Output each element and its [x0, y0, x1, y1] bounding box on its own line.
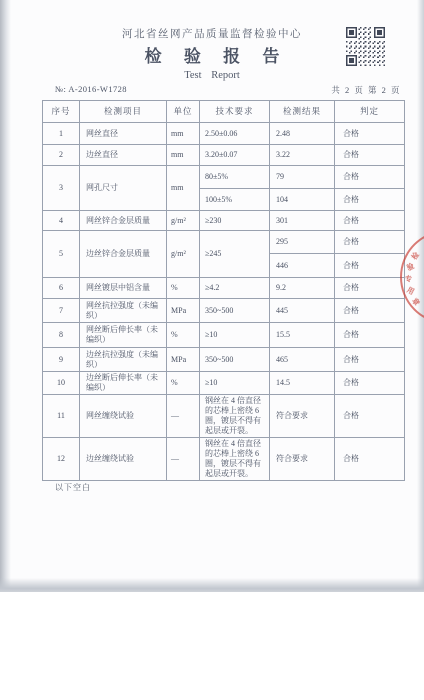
test-results-table: 序号检测项目单位技术要求检测结果判定 1网丝直径mm2.50±0.062.48合… [42, 100, 405, 481]
cell-no: 4 [43, 211, 80, 231]
cell-ver: 合格 [335, 299, 405, 323]
cell-res: 2.48 [270, 123, 335, 145]
cell-unit: MPa [167, 348, 200, 372]
cell-ver: 合格 [335, 348, 405, 372]
cell-res: 301 [270, 211, 335, 231]
cell-unit: MPa [167, 299, 200, 323]
cell-unit: mm [167, 166, 200, 211]
column-header: 检测项目 [80, 101, 167, 123]
cell-req: 3.20±0.07 [200, 145, 270, 166]
cell-item: 边丝直径 [80, 145, 167, 166]
column-header: 技术要求 [200, 101, 270, 123]
cell-ver: 合格 [335, 211, 405, 231]
cell-req: ≥10 [200, 323, 270, 348]
table-row: 6网丝镀层中铝含量%≥4.29.2合格 [43, 278, 405, 299]
cell-res: 465 [270, 348, 335, 372]
cell-ver: 合格 [335, 145, 405, 166]
table-row: 8网丝断后伸长率（未编织）%≥1015.5合格 [43, 323, 405, 348]
cell-item: 边丝断后伸长率（未编织） [80, 372, 167, 395]
table-row: 3网孔尺寸mm80±5%79合格 [43, 166, 405, 189]
qr-code-icon [346, 27, 385, 66]
cell-res: 104 [270, 189, 335, 211]
cell-res: 3.22 [270, 145, 335, 166]
table-row: 7网丝抗拉强度（未编织）MPa350~500445合格 [43, 299, 405, 323]
cell-ver: 合格 [335, 123, 405, 145]
table-row: 5边丝锌合金层质量g/m²≥245295合格 [43, 231, 405, 254]
cell-res: 79 [270, 166, 335, 189]
page-count-label: 共 2 页 第 2 页 [331, 84, 401, 96]
cell-req: ≥245 [200, 231, 270, 278]
column-header: 检测结果 [270, 101, 335, 123]
cell-item: 网丝抗拉强度（未编织） [80, 299, 167, 323]
cell-res: 符合要求 [270, 395, 335, 438]
cell-unit: — [167, 395, 200, 438]
cell-req: ≥4.2 [200, 278, 270, 299]
cell-res: 445 [270, 299, 335, 323]
cell-unit: % [167, 278, 200, 299]
table-body: 1网丝直径mm2.50±0.062.48合格2边丝直径mm3.20±0.073.… [43, 123, 405, 481]
cell-unit: g/m² [167, 211, 200, 231]
cell-no: 8 [43, 323, 80, 348]
cell-ver: 合格 [335, 254, 405, 278]
blank-below-note: 以下空白 [55, 482, 91, 493]
scanned-page: 河北省丝网产品质量监督检验中心 检 验 报 告 Test Report №: A… [0, 0, 424, 592]
column-header: 序号 [43, 101, 80, 123]
cell-no: 12 [43, 438, 80, 481]
screenshot-canvas: 河北省丝网产品质量监督检验中心 检 验 报 告 Test Report №: A… [0, 0, 424, 700]
cell-unit: % [167, 323, 200, 348]
cell-item: 网丝镀层中铝含量 [80, 278, 167, 299]
cell-ver: 合格 [335, 189, 405, 211]
cell-req: ≥10 [200, 372, 270, 395]
scan-shadow-left [0, 0, 11, 592]
cell-res: 295 [270, 231, 335, 254]
column-header: 判定 [335, 101, 405, 123]
cell-req: 80±5% [200, 166, 270, 189]
cell-unit: g/m² [167, 231, 200, 278]
report-number: №: A-2016-W1728 [55, 84, 127, 94]
cell-req: 350~500 [200, 348, 270, 372]
cell-no: 1 [43, 123, 80, 145]
cell-unit: % [167, 372, 200, 395]
cell-res: 符合要求 [270, 438, 335, 481]
cell-req: 2.50±0.06 [200, 123, 270, 145]
cell-item: 网丝缠绕试验 [80, 395, 167, 438]
cell-no: 2 [43, 145, 80, 166]
cell-res: 446 [270, 254, 335, 278]
cell-item: 边丝锌合金层质量 [80, 231, 167, 278]
seal-character: 专 [405, 274, 412, 284]
cell-ver: 合格 [335, 231, 405, 254]
cell-item: 网丝锌合金层质量 [80, 211, 167, 231]
cell-ver: 合格 [335, 323, 405, 348]
cell-res: 9.2 [270, 278, 335, 299]
cell-unit: mm [167, 123, 200, 145]
cell-ver: 合格 [335, 278, 405, 299]
table-row: 10边丝断后伸长率（未编织）%≥1014.5合格 [43, 372, 405, 395]
cell-res: 14.5 [270, 372, 335, 395]
page-subtitle-english: Test Report [0, 70, 424, 81]
cell-ver: 合格 [335, 438, 405, 481]
cell-unit: mm [167, 145, 200, 166]
cell-no: 6 [43, 278, 80, 299]
scan-shadow-bottom [0, 578, 424, 592]
cell-no: 5 [43, 231, 80, 278]
table-row: 1网丝直径mm2.50±0.062.48合格 [43, 123, 405, 145]
cell-req: 350~500 [200, 299, 270, 323]
cell-item: 边丝缠绕试验 [80, 438, 167, 481]
cell-no: 9 [43, 348, 80, 372]
cell-item: 网丝直径 [80, 123, 167, 145]
cell-no: 7 [43, 299, 80, 323]
cell-no: 3 [43, 166, 80, 211]
table-row: 4网丝锌合金层质量g/m²≥230301合格 [43, 211, 405, 231]
cell-ver: 合格 [335, 372, 405, 395]
cell-item: 边丝抗拉强度（未编织） [80, 348, 167, 372]
cell-unit: — [167, 438, 200, 481]
cell-no: 10 [43, 372, 80, 395]
cell-ver: 合格 [335, 166, 405, 189]
cell-item: 网丝断后伸长率（未编织） [80, 323, 167, 348]
table-row: 11网丝缠绕试验—钢丝在 4 倍直径的芯棒上密绕 6 圈，镀层不得有起层或开裂。… [43, 395, 405, 438]
table-row: 2边丝直径mm3.20±0.073.22合格 [43, 145, 405, 166]
cell-res: 15.5 [270, 323, 335, 348]
cell-item: 网孔尺寸 [80, 166, 167, 211]
table-row: 9边丝抗拉强度（未编织）MPa350~500465合格 [43, 348, 405, 372]
column-header: 单位 [167, 101, 200, 123]
table-header-row: 序号检测项目单位技术要求检测结果判定 [43, 101, 405, 123]
cell-ver: 合格 [335, 395, 405, 438]
cell-req: ≥230 [200, 211, 270, 231]
cell-req: 钢丝在 4 倍直径的芯棒上密绕 6 圈，镀层不得有起层或开裂。 [200, 438, 270, 481]
table-row: 12边丝缠绕试验—钢丝在 4 倍直径的芯棒上密绕 6 圈，镀层不得有起层或开裂。… [43, 438, 405, 481]
cell-req: 100±5% [200, 189, 270, 211]
cell-req: 钢丝在 4 倍直径的芯棒上密绕 6 圈，镀层不得有起层或开裂。 [200, 395, 270, 438]
cell-no: 11 [43, 395, 80, 438]
